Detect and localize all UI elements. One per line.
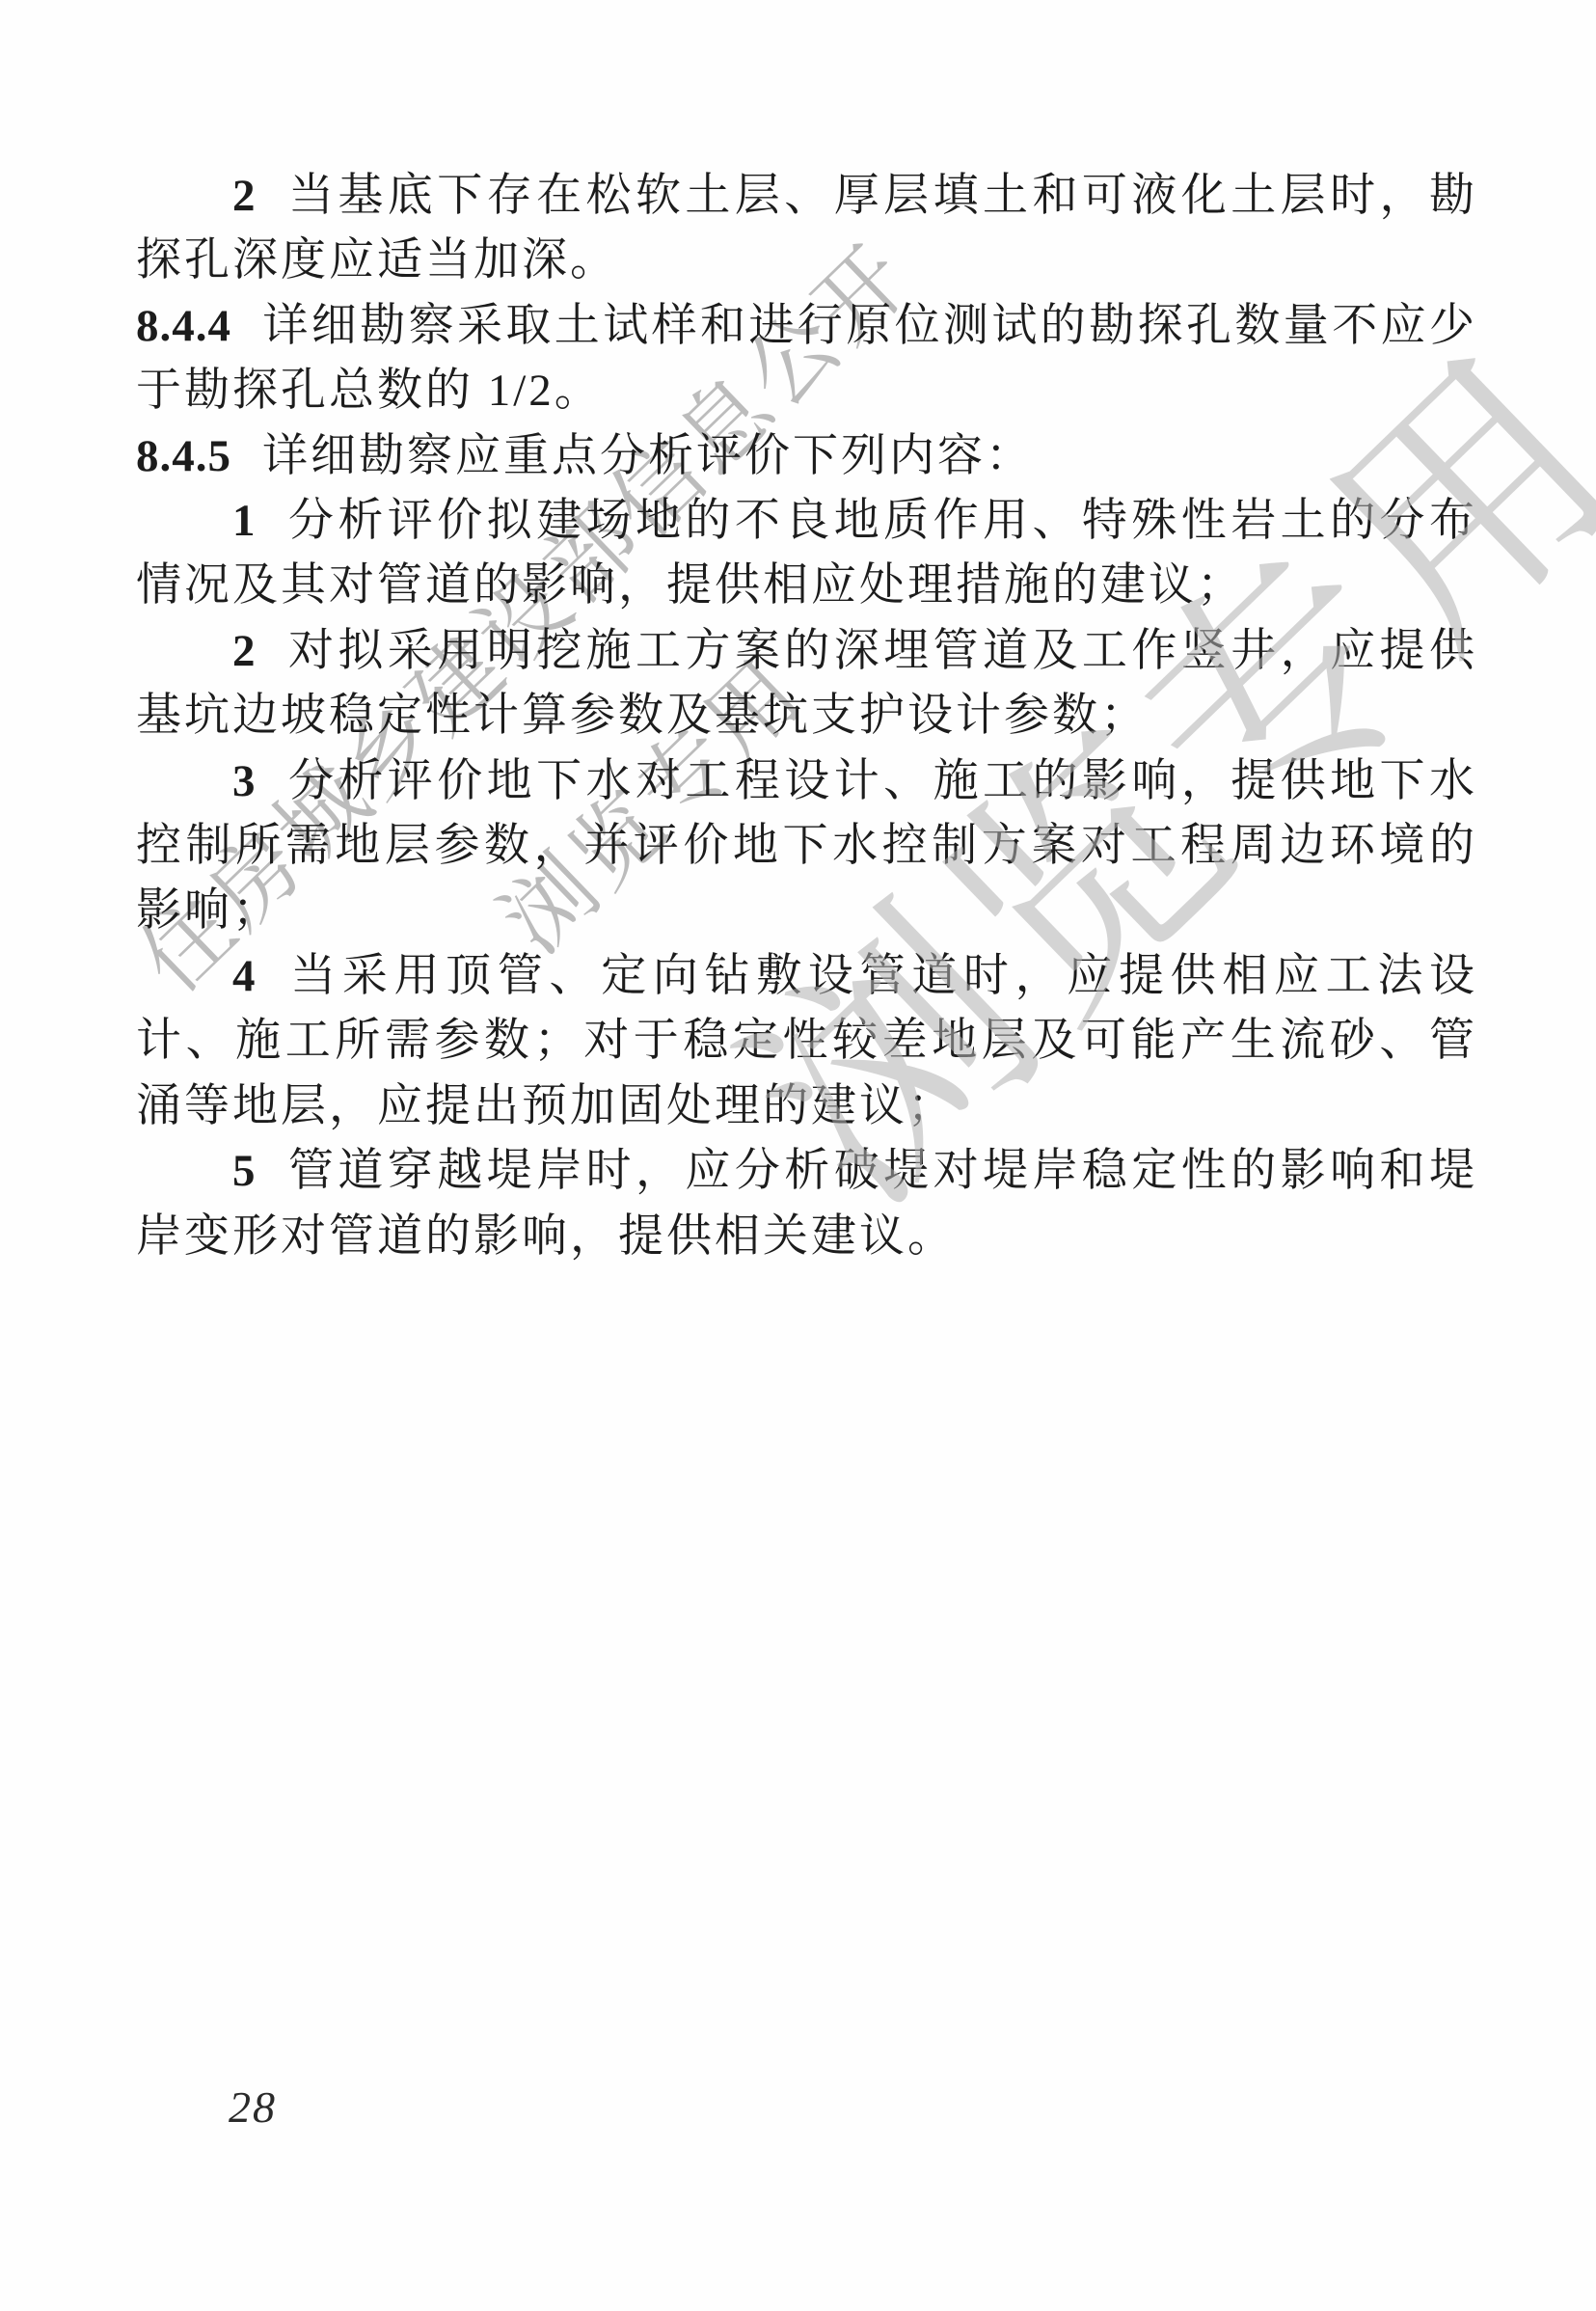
paragraph: 5管道穿越堤岸时，应分析破堤对堤岸稳定性的影响和堤岸变形对管道的影响，提供相关建… <box>136 1139 1477 1269</box>
clause-text: 当基底下存在松软土层、厚层填土和可液化土层时，勘探孔深度应适当加深。 <box>136 171 1477 285</box>
paragraph: 4当采用顶管、定向钻敷设管道时，应提供相应工法设计、施工所需参数；对于稳定性较差… <box>136 944 1477 1139</box>
clause-text: 分析评价地下水对工程设计、施工的影响，提供地下水控制所需地层参数，并评价地下水控… <box>136 756 1477 937</box>
clause-text: 详细勘察应重点分析评价下列内容： <box>262 431 1034 481</box>
clause-number: 5 <box>232 1146 257 1196</box>
clause-number: 4 <box>232 951 257 1001</box>
clause-number: 8.4.4 <box>136 301 231 351</box>
clause-text: 当采用顶管、定向钻敷设管道时，应提供相应工法设计、施工所需参数；对于稳定性较差地… <box>136 951 1477 1131</box>
clause-number: 2 <box>232 626 257 676</box>
document-body: 2当基底下存在松软土层、厚层填土和可液化土层时，勘探孔深度应适当加深。8.4.4… <box>136 164 1477 1269</box>
clause-text: 分析评价拟建场地的不良地质作用、特殊性岩土的分布情况及其对管道的影响，提供相应处… <box>136 496 1477 611</box>
paragraph: 1分析评价拟建场地的不良地质作用、特殊性岩土的分布情况及其对管道的影响，提供相应… <box>136 489 1477 619</box>
page-number: 28 <box>229 2081 277 2133</box>
document-page: 住房城乡建设部信息公开 浏览专用 浏览专用 2当基底下存在松软土层、厚层填土和可… <box>0 0 1596 2311</box>
paragraph: 3分析评价地下水对工程设计、施工的影响，提供地下水控制所需地层参数，并评价地下水… <box>136 749 1477 944</box>
clause-text: 详细勘察采取土试样和进行原位测试的勘探孔数量不应少于勘探孔总数的 1/2。 <box>136 301 1477 416</box>
clause-text: 对拟采用明挖施工方案的深埋管道及工作竖井，应提供基坑边坡稳定性计算参数及基坑支护… <box>136 626 1477 741</box>
clause-number: 2 <box>232 171 257 221</box>
paragraph: 8.4.4详细勘察采取土试样和进行原位测试的勘探孔数量不应少于勘探孔总数的 1/… <box>136 294 1477 424</box>
clause-number: 8.4.5 <box>136 431 231 481</box>
clause-number: 3 <box>232 756 257 806</box>
paragraph: 2当基底下存在松软土层、厚层填土和可液化土层时，勘探孔深度应适当加深。 <box>136 164 1477 294</box>
paragraph: 8.4.5详细勘察应重点分析评价下列内容： <box>136 424 1477 489</box>
clause-text: 管道穿越堤岸时，应分析破堤对堤岸稳定性的影响和堤岸变形对管道的影响，提供相关建议… <box>136 1146 1477 1261</box>
clause-number: 1 <box>232 496 257 546</box>
paragraph: 2对拟采用明挖施工方案的深埋管道及工作竖井，应提供基坑边坡稳定性计算参数及基坑支… <box>136 619 1477 749</box>
